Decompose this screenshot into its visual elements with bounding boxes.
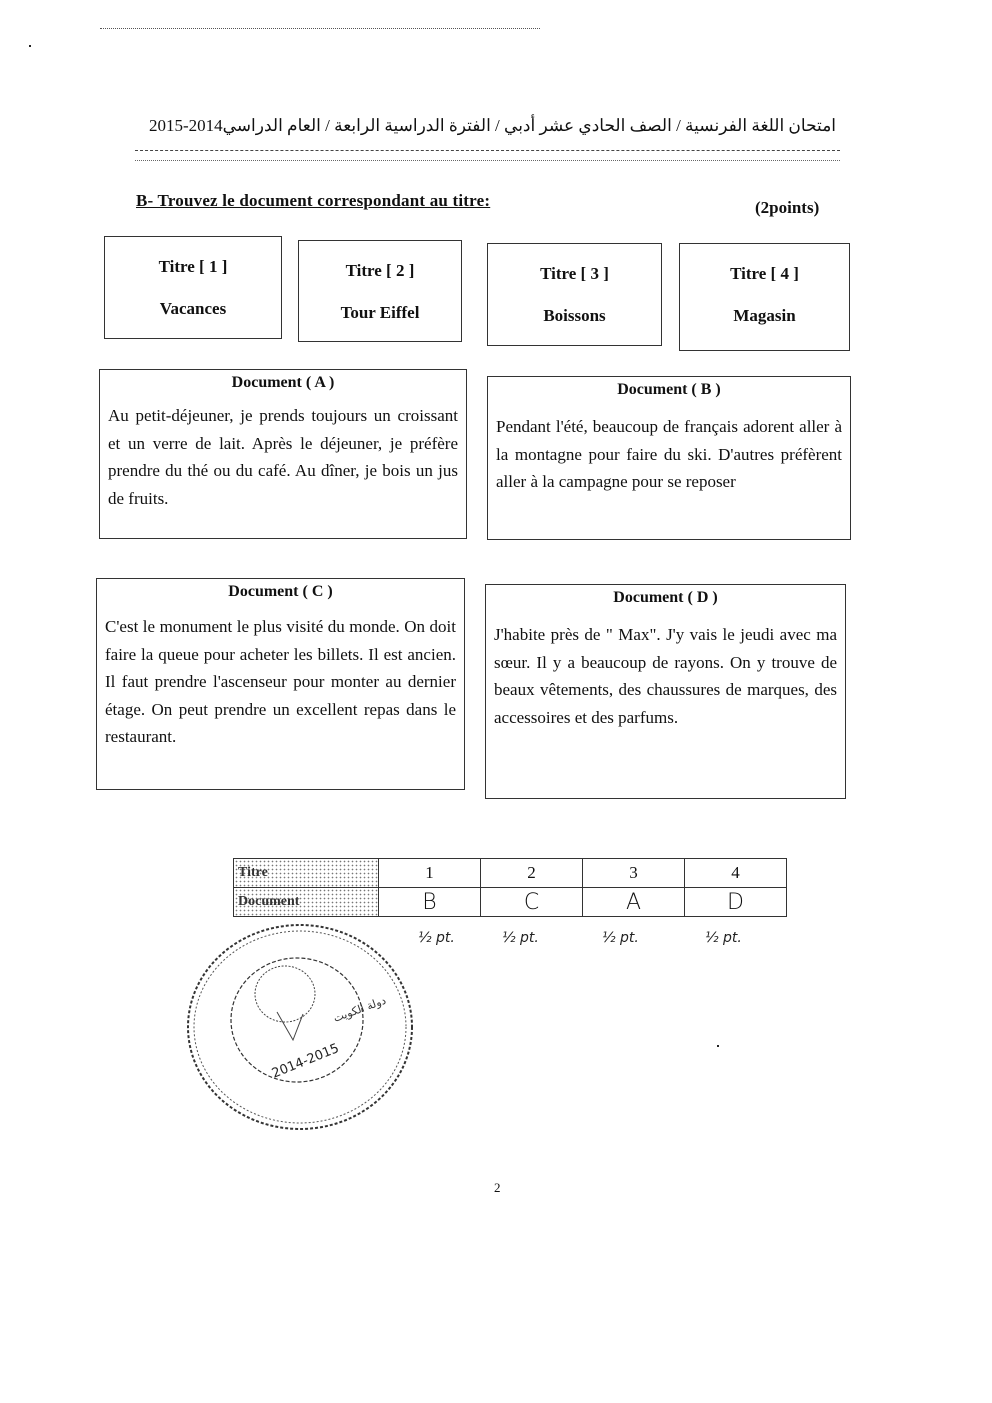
answer-cell: B [379, 888, 481, 917]
section-points: (2points) [755, 198, 819, 218]
title-number-cell: 2 [481, 859, 583, 888]
scan-speck [717, 1045, 719, 1047]
svg-text:2014-2015: 2014-2015 [270, 1041, 341, 1081]
exam-header: امتحان اللغة الفرنسية / الصف الحادي عشر … [140, 116, 845, 136]
page-number: 2 [494, 1180, 501, 1196]
title-label: Titre [ 1 ] [105, 257, 281, 277]
title-label: Titre [ 3 ] [488, 264, 661, 284]
document-c: Document ( C ) C'est le monument le plus… [96, 578, 465, 790]
document-text: Pendant l'été, beaucoup de français ador… [488, 413, 850, 496]
document-text: J'habite près de " Max". J'y vais le jeu… [486, 621, 845, 731]
title-name: Tour Eiffel [299, 303, 461, 323]
table-row: Document B C A D [234, 888, 787, 917]
answer-cell: A [583, 888, 685, 917]
row-label-document: Document [234, 888, 379, 917]
score-note: ½ pt. [502, 930, 539, 946]
row-label-title: Titre [234, 859, 379, 888]
title-name: Magasin [680, 306, 849, 326]
score-note: ½ pt. [705, 930, 742, 946]
scan-speck [29, 45, 31, 47]
header-divider [135, 160, 840, 161]
scan-artifact-line [100, 28, 540, 29]
title-box-1: Titre [ 1 ] Vacances [104, 236, 282, 339]
title-name: Vacances [105, 299, 281, 319]
answer-table: Titre 1 2 3 4 Document B C A D [233, 858, 787, 917]
document-text: Au petit-déjeuner, je prends toujours un… [100, 402, 466, 512]
title-box-4: Titre [ 4 ] Magasin [679, 243, 850, 351]
document-text: C'est le monument le plus visité du mond… [97, 613, 464, 751]
section-instruction: B- Trouvez le document correspondant au … [136, 191, 490, 211]
official-stamp: دولة الكويت 2014-2015 [185, 922, 415, 1132]
document-heading: Document ( C ) [97, 579, 464, 601]
answer-cell: D [685, 888, 787, 917]
stamp-seal-icon: دولة الكويت 2014-2015 [185, 922, 415, 1132]
score-note: ½ pt. [418, 930, 455, 946]
document-heading: Document ( B ) [488, 377, 850, 399]
title-box-2: Titre [ 2 ] Tour Eiffel [298, 240, 462, 342]
title-name: Boissons [488, 306, 661, 326]
svg-text:دولة الكويت: دولة الكويت [332, 994, 388, 1025]
table-row: Titre 1 2 3 4 [234, 859, 787, 888]
document-a: Document ( A ) Au petit-déjeuner, je pre… [99, 369, 467, 539]
score-note: ½ pt. [602, 930, 639, 946]
title-number-cell: 1 [379, 859, 481, 888]
header-divider [135, 150, 840, 151]
document-heading: Document ( D ) [486, 585, 845, 607]
document-d: Document ( D ) J'habite près de " Max". … [485, 584, 846, 799]
title-label: Titre [ 2 ] [299, 261, 461, 281]
title-number-cell: 3 [583, 859, 685, 888]
title-number-cell: 4 [685, 859, 787, 888]
title-box-3: Titre [ 3 ] Boissons [487, 243, 662, 346]
answer-cell: C [481, 888, 583, 917]
title-label: Titre [ 4 ] [680, 264, 849, 284]
document-b: Document ( B ) Pendant l'été, beaucoup d… [487, 376, 851, 540]
document-heading: Document ( A ) [100, 370, 466, 392]
